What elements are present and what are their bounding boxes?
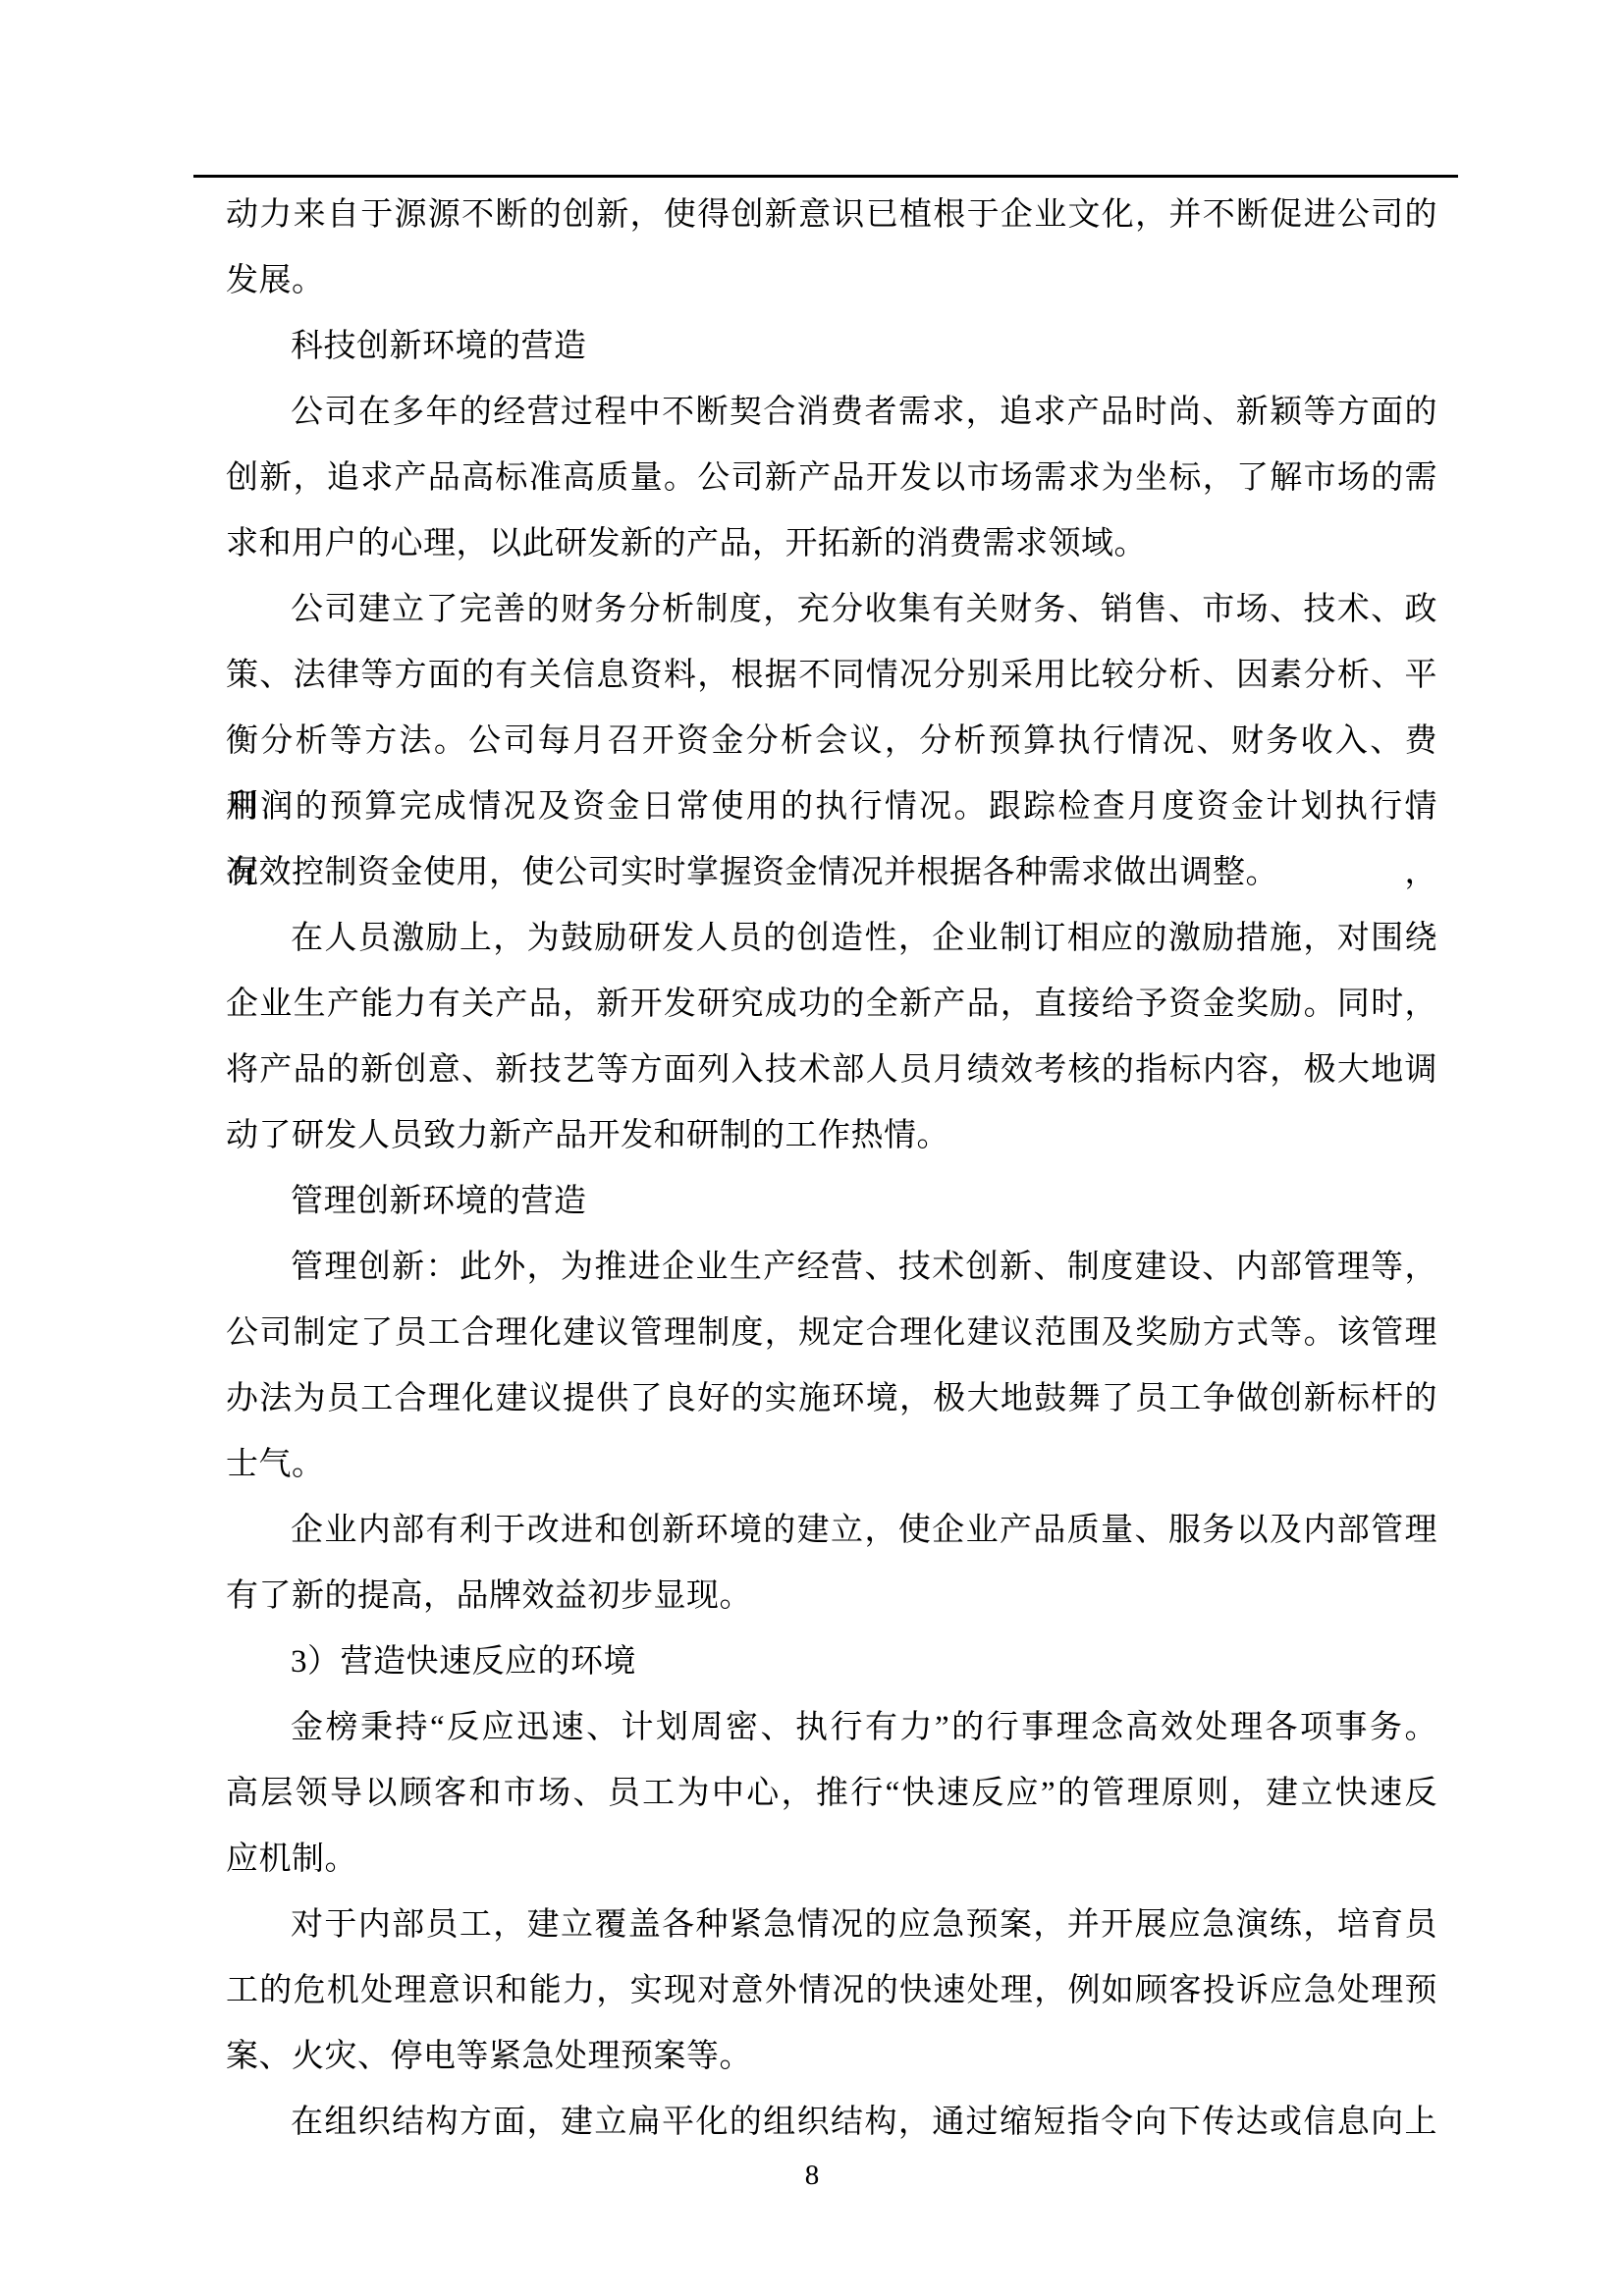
text-line: 有效控制资金使用，使公司实时掌握资金情况并根据各种需求做出调整。 (226, 840, 1437, 906)
text-line: 在组织结构方面，建立扁平化的组织结构，通过缩短指令向下传达或信息向上 (226, 2090, 1437, 2156)
text-line: 求和用户的心理，以此研发新的产品，开拓新的消费需求领域。 (226, 511, 1437, 577)
text-line: 案、火灾、停电等紧急处理预案等。 (226, 2024, 1437, 2090)
text-line: 企业内部有利于改进和创新环境的建立，使企业产品质量、服务以及内部管理 (226, 1498, 1437, 1564)
page-number: 8 (0, 2156, 1624, 2195)
document-body: 动力来自于源源不断的创新，使得创新意识已植根于企业文化，并不断促进公司的发展。科… (226, 183, 1437, 2156)
text-line: 创新，追求产品高标准高质量。公司新产品开发以市场需求为坐标，了解市场的需 (226, 446, 1437, 511)
text-line: 有了新的提高，品牌效益初步显现。 (226, 1564, 1437, 1629)
text-line: 衡分析等方法。公司每月召开资金分析会议，分析预算执行情况、财务收入、费用、 (226, 709, 1437, 774)
text-line: 将产品的新创意、新技艺等方面列入技术部人员月绩效考核的指标内容，极大地调 (226, 1038, 1437, 1103)
text-line: 发展。 (226, 248, 1437, 314)
text-line: 企业生产能力有关产品，新开发研究成功的全新产品，直接给予资金奖励。同时， (226, 972, 1437, 1038)
text-line: 对于内部员工，建立覆盖各种紧急情况的应急预案，并开展应急演练，培育员 (226, 1893, 1437, 1958)
text-line: 管理创新环境的营造 (226, 1169, 1437, 1235)
text-line: 动力来自于源源不断的创新，使得创新意识已植根于企业文化，并不断促进公司的 (226, 183, 1437, 248)
text-line: 科技创新环境的营造 (226, 314, 1437, 380)
text-line: 公司制定了员工合理化建议管理制度，规定合理化建议范围及奖励方式等。该管理 (226, 1301, 1437, 1366)
text-line: 士气。 (226, 1432, 1437, 1498)
text-line: 利润的预算完成情况及资金日常使用的执行情况。跟踪检查月度资金计划执行情况， (226, 774, 1437, 840)
text-line: 金榜秉持“反应迅速、计划周密、执行有力”的行事理念高效处理各项事务。 (226, 1695, 1437, 1761)
text-line: 公司在多年的经营过程中不断契合消费者需求，追求产品时尚、新颖等方面的 (226, 380, 1437, 446)
text-line: 3）营造快速反应的环境 (226, 1629, 1437, 1695)
text-line: 管理创新：此外，为推进企业生产经营、技术创新、制度建设、内部管理等， (226, 1235, 1437, 1301)
text-line: 办法为员工合理化建议提供了良好的实施环境，极大地鼓舞了员工争做创新标杆的 (226, 1366, 1437, 1432)
header-separator-line (193, 175, 1458, 178)
document-page: 动力来自于源源不断的创新，使得创新意识已植根于企业文化，并不断促进公司的发展。科… (0, 0, 1624, 2296)
text-line: 在人员激励上，为鼓励研发人员的创造性，企业制订相应的激励措施，对围绕 (226, 906, 1437, 972)
text-line: 应机制。 (226, 1827, 1437, 1893)
text-line: 策、法律等方面的有关信息资料，根据不同情况分别采用比较分析、因素分析、平 (226, 643, 1437, 709)
text-line: 动了研发人员致力新产品开发和研制的工作热情。 (226, 1103, 1437, 1169)
text-line: 工的危机处理意识和能力，实现对意外情况的快速处理，例如顾客投诉应急处理预 (226, 1958, 1437, 2024)
text-line: 高层领导以顾客和市场、员工为中心，推行“快速反应”的管理原则，建立快速反 (226, 1761, 1437, 1827)
text-line: 公司建立了完善的财务分析制度，充分收集有关财务、销售、市场、技术、政 (226, 577, 1437, 643)
